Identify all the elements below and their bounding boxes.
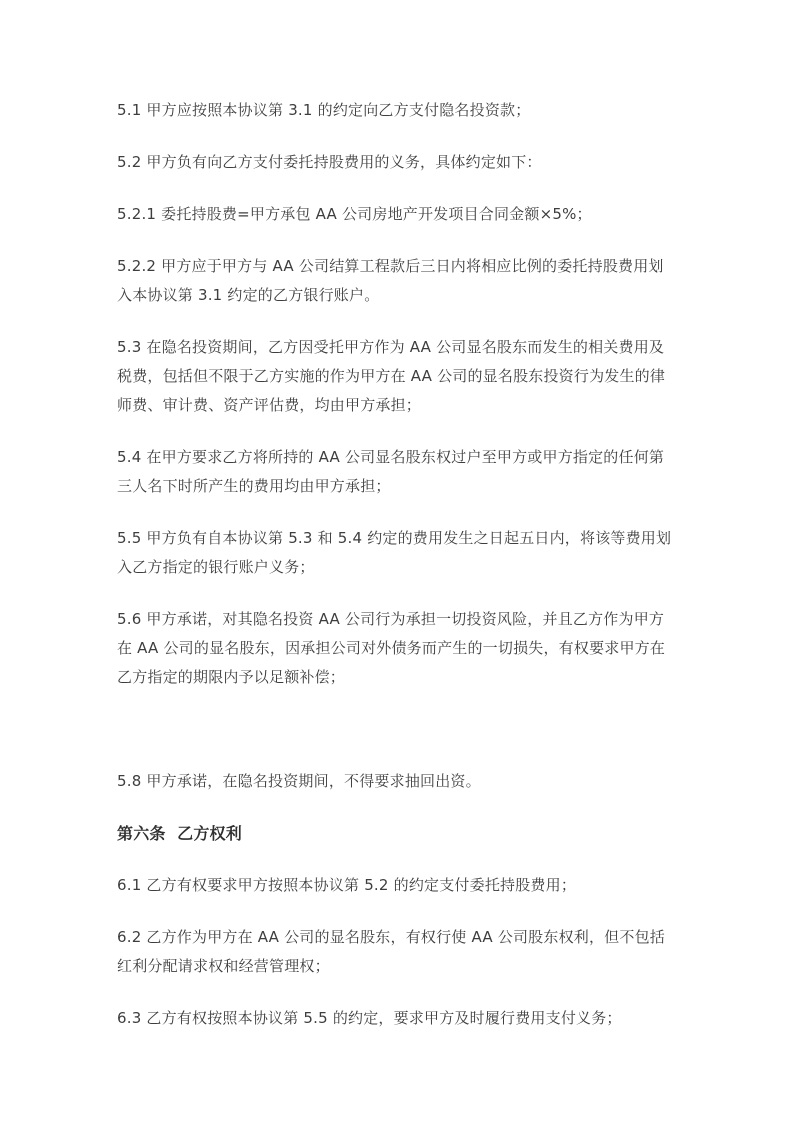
paragraph-5-3: 5.3 在隐名投资期间，乙方因受托甲方作为 AA 公司显名股东而发生的相关费用及… [117, 333, 678, 420]
paragraph-5-2: 5.2 甲方负有向乙方支付委托持股费用的义务，具体约定如下： [117, 148, 678, 177]
paragraph-6-3: 6.3 乙方有权按照本协议第 5.5 的约定，要求甲方及时履行费用支付义务； [117, 1004, 678, 1033]
paragraph-empty-5-7-placeholder [117, 715, 678, 744]
paragraph-5-8: 5.8 甲方承诺，在隐名投资期间，不得要求抽回出资。 [117, 767, 678, 796]
paragraph-5-1: 5.1 甲方应按照本协议第 3.1 的约定向乙方支付隐名投资款； [117, 96, 678, 125]
paragraph-6-2: 6.2 乙方作为甲方在 AA 公司的显名股东，有权行使 AA 公司股东权利，但不… [117, 923, 678, 981]
paragraph-5-5: 5.5 甲方负有自本协议第 5.3 和 5.4 约定的费用发生之日起五日内，将该… [117, 524, 678, 582]
paragraph-5-4: 5.4 在甲方要求乙方将所持的 AA 公司显名股东权过户至甲方或甲方指定的任何第… [117, 443, 678, 501]
paragraph-6-1: 6.1 乙方有权要求甲方按照本协议第 5.2 的约定支付委托持股费用； [117, 871, 678, 900]
document-page: 5.1 甲方应按照本协议第 3.1 的约定向乙方支付隐名投资款； 5.2 甲方负… [0, 0, 794, 1123]
paragraph-5-6: 5.6 甲方承诺，对其隐名投资 AA 公司行为承担一切投资风险，并且乙方作为甲方… [117, 605, 678, 692]
paragraph-5-2-1: 5.2.1 委托持股费=甲方承包 AA 公司房地产开发项目合同金额×5%； [117, 200, 678, 229]
paragraph-5-2-2: 5.2.2 甲方应于甲方与 AA 公司结算工程款后三日内将相应比例的委托持股费用… [117, 252, 678, 310]
article-6-heading: 第六条 乙方权利 [117, 819, 678, 848]
